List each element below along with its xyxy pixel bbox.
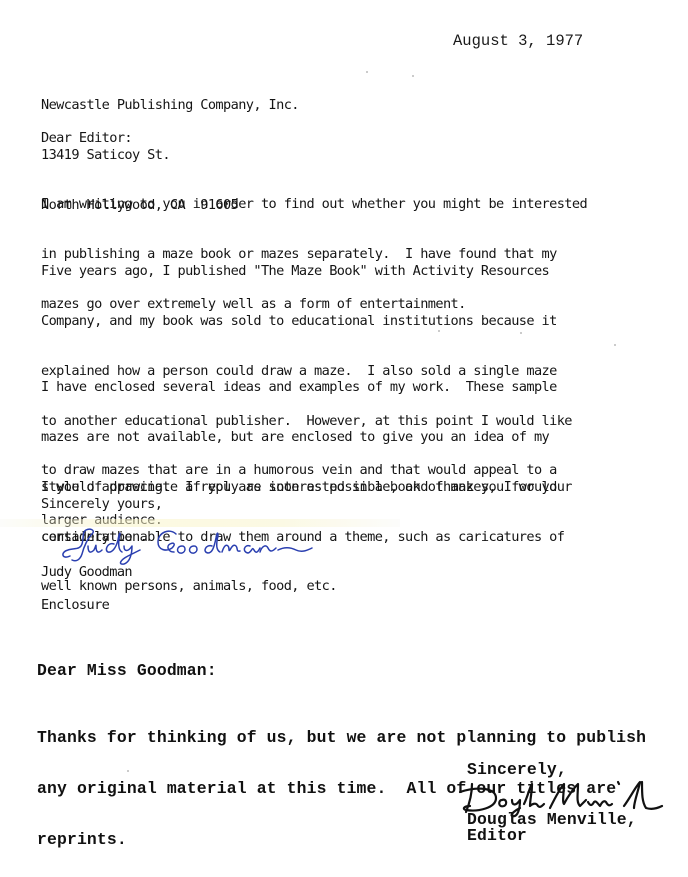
letter-date: August 3, 1977	[453, 32, 583, 50]
address-line: Newcastle Publishing Company, Inc.	[41, 97, 299, 114]
paragraph-line: Company, and my book was sold to educati…	[41, 313, 572, 330]
enclosure-note: Enclosure	[41, 597, 109, 614]
reply-line: Thanks for thinking of us, but we are no…	[37, 729, 646, 746]
scan-speck	[127, 770, 129, 772]
paragraph-line: I have enclosed several ideas and exampl…	[41, 379, 564, 396]
closing: Sincerely yours,	[41, 496, 162, 513]
reply-salutation: Dear Miss Goodman:	[37, 662, 217, 679]
paragraph-line: mazes are not available, but are enclose…	[41, 429, 564, 446]
scan-speck	[438, 330, 440, 332]
address-line: 13419 Saticoy St.	[41, 147, 299, 164]
handwritten-signature-judy	[58, 526, 328, 566]
scan-speck	[412, 75, 414, 77]
salutation: Dear Editor:	[41, 130, 132, 147]
reply-line: reprints.	[37, 831, 646, 848]
scan-speck	[366, 71, 368, 73]
paragraph-line: I would appreciate a reply as soon as po…	[41, 479, 572, 496]
paragraph-line: Five years ago, I published "The Maze Bo…	[41, 263, 572, 280]
paragraph-line: I am writing to you in order to find out…	[41, 196, 587, 213]
scan-speck	[614, 344, 616, 346]
signer-title: Editor	[467, 827, 527, 844]
paragraph-line: well known persons, animals, food, etc.	[41, 578, 564, 595]
sender-name: Judy Goodman	[41, 564, 132, 581]
scan-speck	[520, 332, 522, 334]
reply-closing: Sincerely,	[467, 761, 567, 778]
